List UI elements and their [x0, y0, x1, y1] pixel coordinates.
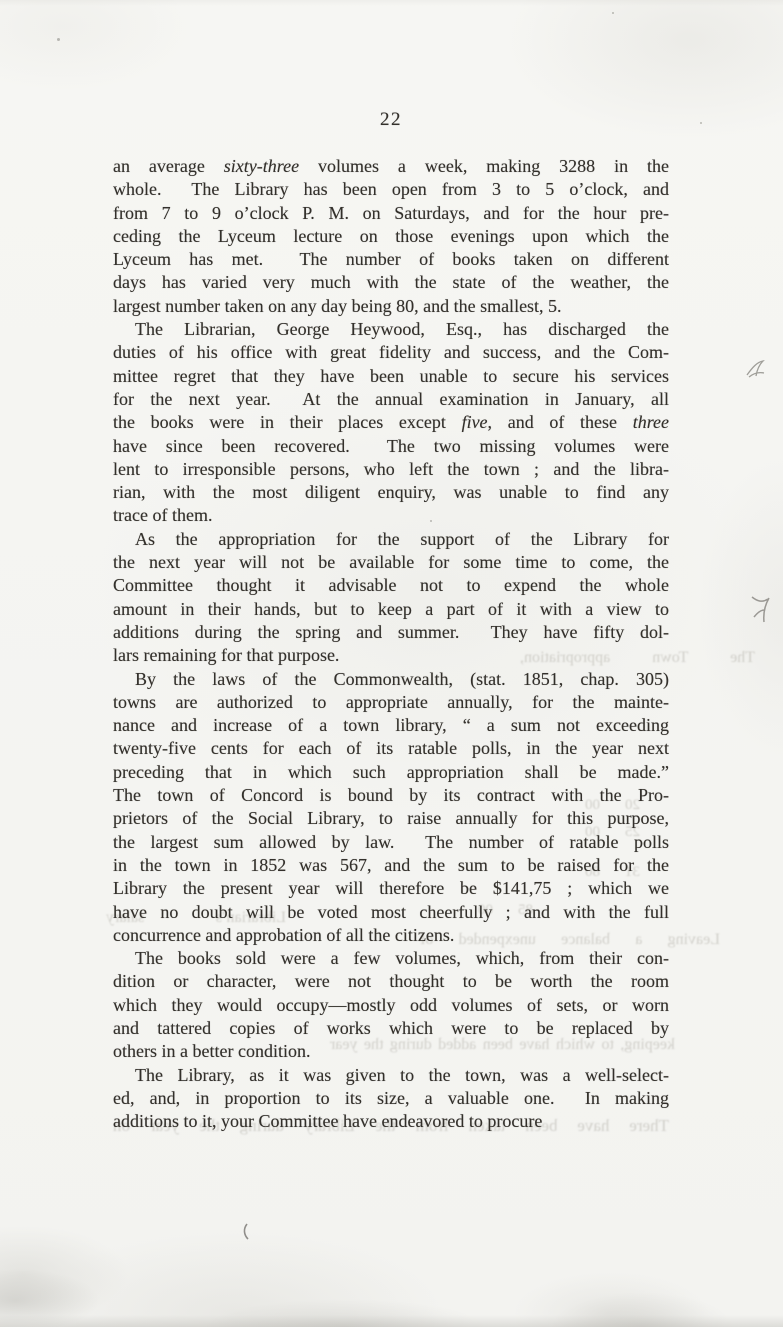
text-line: The Library, as it was given to the town…	[113, 1064, 669, 1087]
text-line: additions to it, your Committee have end…	[113, 1110, 669, 1133]
text-line: As the appropriation for the support of …	[113, 528, 669, 551]
text-line: others in a better condition.	[113, 1040, 669, 1063]
text-line: have no doubt will be voted most cheerfu…	[113, 901, 669, 924]
text-line: trace of them.	[113, 504, 669, 527]
text-line: lars remaining for that purpose.	[113, 644, 669, 667]
dust-speck	[612, 12, 614, 14]
text-line: rian, with the most diligent enquiry, wa…	[113, 481, 669, 504]
ink-mark	[744, 358, 768, 382]
text-line: the next year will not be available for …	[113, 551, 669, 574]
text-line: The Librarian, George Heywood, Esq., has…	[113, 318, 669, 341]
paragraph: As the appropriation for the support of …	[113, 528, 669, 668]
italic-text: three	[633, 412, 669, 432]
text-line: Committee thought it advisable not to ex…	[113, 574, 669, 597]
text-line: the largest sum allowed by law. The numb…	[113, 831, 669, 854]
paragraph: By the laws of the Commonwealth, (stat. …	[113, 668, 669, 948]
italic-text: sixty-three	[224, 156, 299, 176]
page-number: 22	[113, 109, 669, 131]
italic-text: five	[462, 412, 488, 432]
text-line: dition or character, were not thought to…	[113, 970, 669, 993]
text-line: duties of his office with great fidelity…	[113, 341, 669, 364]
text-line: nance and increase of a town library, “ …	[113, 714, 669, 737]
paragraph: The Library, as it was given to the town…	[113, 1064, 669, 1134]
text-line: which they would occupy—mostly odd volum…	[113, 994, 669, 1017]
text-line: prietors of the Social Library, to raise…	[113, 807, 669, 830]
text-line: The town of Concord is bound by its cont…	[113, 784, 669, 807]
text-line: preceding that in which such appropriati…	[113, 761, 669, 784]
paragraph: an average sixty-three volumes a week, m…	[113, 155, 669, 318]
text-line: ceding the Lyceum lecture on those eveni…	[113, 225, 669, 248]
text-line: days has varied very much with the state…	[113, 271, 669, 294]
text-line: lent to irresponsible persons, who left …	[113, 458, 669, 481]
text-line: from 7 to 9 o’clock P. M. on Saturdays, …	[113, 202, 669, 225]
text-line: additions during the spring and summer. …	[113, 621, 669, 644]
text-line: By the laws of the Commonwealth, (stat. …	[113, 668, 669, 691]
text-line: and tattered copies of works which were …	[113, 1017, 669, 1040]
text-block: an average sixty-three volumes a week, m…	[113, 155, 669, 1133]
text-line: concurrence and approbation of all the c…	[113, 924, 669, 947]
text-line: for the next year. At the annual examina…	[113, 388, 669, 411]
paragraph: The Librarian, George Heywood, Esq., has…	[113, 318, 669, 528]
ink-mark	[240, 1222, 254, 1242]
dust-speck	[700, 122, 702, 124]
text-line: whole. The Library has been open from 3 …	[113, 178, 669, 201]
text-line: amount in their hands, but to keep a par…	[113, 598, 669, 621]
text-line: towns are authorized to appropriate annu…	[113, 691, 669, 714]
dust-speck	[57, 38, 60, 41]
ink-mark	[748, 590, 776, 630]
scanned-page: The Town appropriation,20 0025 0031 80Li…	[0, 0, 783, 1327]
text-line: have since been recovered. The two missi…	[113, 435, 669, 458]
text-line: largest number taken on any day being 80…	[113, 295, 669, 318]
text-line: twenty-five cents for each of its ratabl…	[113, 737, 669, 760]
text-line: in the town in 1852 was 567, and the sum…	[113, 854, 669, 877]
text-line: ed, and, in proportion to its size, a va…	[113, 1087, 669, 1110]
text-line: The books sold were a few volumes, which…	[113, 947, 669, 970]
paragraph: The books sold were a few volumes, which…	[113, 947, 669, 1063]
text-line: an average sixty-three volumes a week, m…	[113, 155, 669, 178]
text-line: Library the present year will therefore …	[113, 877, 669, 900]
text-line: Lyceum has met. The number of books take…	[113, 248, 669, 271]
text-line: mittee regret that they have been unable…	[113, 365, 669, 388]
text-line: the books were in their places except fi…	[113, 411, 669, 434]
